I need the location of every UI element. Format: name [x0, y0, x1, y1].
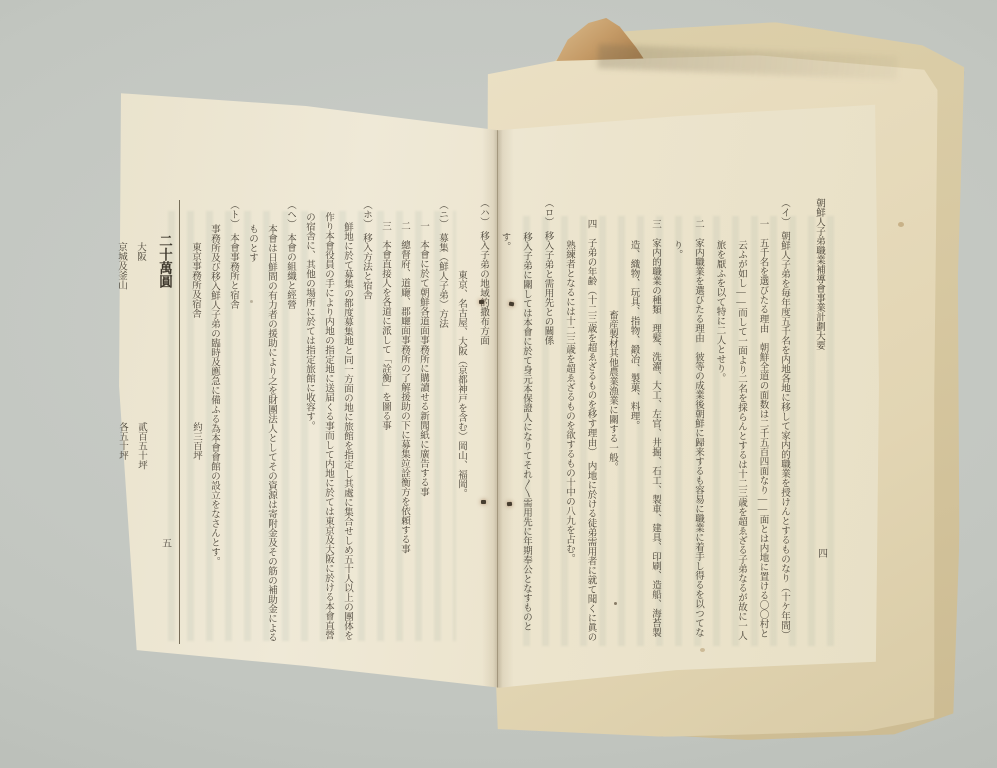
- section-he-paragraph: 本會は日鮮間の有力者の援助により之を財團法人としてその資源は寄附金及その筋の補助…: [242, 200, 280, 644]
- section-to-heading: （ト） 本會事務所と宿舎: [223, 200, 242, 644]
- reason-home-trade-item: 二 家内職業を選びたる理由 彼等の成業後朝鮮に歸来するも容易に職業に着手し得るを…: [665, 198, 708, 643]
- page-left: 東京、名古屋、大阪（京都神戸を含む）岡山、福岡。 （ニ） 募集（鮮人子弟）方法 …: [145, 200, 470, 644]
- fox-spot: [700, 648, 705, 652]
- page-number-right: 四: [818, 545, 828, 560]
- ink-speck: [250, 300, 253, 303]
- budget-item-keijo-busan: 京城及釜山 各五十坪: [111, 200, 130, 644]
- recruit-method-1: 一 本會に於て朝鮮各道面事務所に購讀せる新聞紙に廣告する事: [413, 200, 432, 644]
- section-ro-paragraph: 移入子弟に關しては本會に於て身元本保證人になりてそれ〳〵需用先に年期奉公となすも…: [493, 198, 536, 643]
- trade-types-item: 三 家内的職業の種類 理髪、洗濯、大工、左官、井掘、石工、製車、建具、印刷、造船…: [622, 198, 665, 643]
- document-title: 朝鮮人子弟職業補導會事業計劃大要: [806, 198, 832, 643]
- budget-total: 二十萬圓: [152, 200, 180, 644]
- budget-item-size: 貳百五十坪: [131, 422, 150, 470]
- photo-backdrop: 朝鮮人子弟職業補導會事業計劃大要 （イ） 朝鮮人子弟を毎年度五千名を内地各地に移…: [0, 0, 997, 768]
- page-number-left: 五: [162, 535, 172, 550]
- section-ro-heading: （ロ） 移入子弟と需用先との關係: [536, 198, 558, 643]
- section-he-heading: （ヘ） 本會の組織と經營: [280, 200, 299, 644]
- ink-speck: [614, 602, 617, 605]
- recruit-method-3: 三 本會直接人を各道に派して「詮衡」を圖る事: [375, 200, 394, 644]
- section-ho-paragraph: 鮮地に於て募集の都度募集地と同一方面の地に旅館を指定し其處に集合せしめ五十人以上…: [299, 200, 356, 644]
- section-ha-heading: （ハ） 移入子弟の地域的撒布方面: [472, 198, 494, 643]
- section-i-paragraph: （イ） 朝鮮人子弟を毎年度五千名を内地各地に移して家内的職業を授けんとするものな…: [773, 198, 795, 643]
- age-item: 四 子弟の年齢（十二三歳を超ゑざるものを移す理由） 内地に於ける徒弟需用者に就て…: [558, 198, 601, 643]
- reason-5000-item: 一 五千名を選びたる理由 朝鮮全道の面数は二千五百四面なり――面とは内地に置ける…: [708, 198, 773, 643]
- budget-item-size: 各五十坪: [112, 422, 131, 460]
- section-ho-heading: （ホ） 移入方法と宿舎: [356, 200, 375, 644]
- budget-item-tokyo: 東京事務所及宿舎 約三百坪: [185, 200, 204, 644]
- budget-item-name: 東京事務所及宿舎: [190, 242, 200, 318]
- fox-spot: [898, 222, 904, 227]
- page-right: 朝鮮人子弟職業補導會事業計劃大要 （イ） 朝鮮人子弟を毎年度五千名を内地各地に移…: [478, 198, 832, 643]
- recruit-method-2: 二 總督府、道廰、郡廰面事務所の了解援助の下に募集竝詮衡方を依頼する事: [394, 200, 413, 644]
- trade-types-note: 畜産製材其他農業漁業に關する一般。: [601, 198, 623, 643]
- budget-item-osaka: 大阪 貳百五十坪: [130, 200, 149, 644]
- budget-item-name: 大阪: [135, 242, 145, 261]
- cities-list: 東京、名古屋、大阪（京都神戸を含む）岡山、福岡。: [451, 200, 470, 644]
- budget-item-size: 約三百坪: [186, 422, 205, 460]
- section-ni-heading: （ニ） 募集（鮮人子弟）方法: [432, 200, 451, 644]
- budget-item-name: 京城及釜山: [116, 242, 126, 290]
- section-to-paragraph: 事務所及び移入鮮人子弟の臨時及應急に備ふる為本會會館の設立をなさんとす。: [204, 200, 223, 644]
